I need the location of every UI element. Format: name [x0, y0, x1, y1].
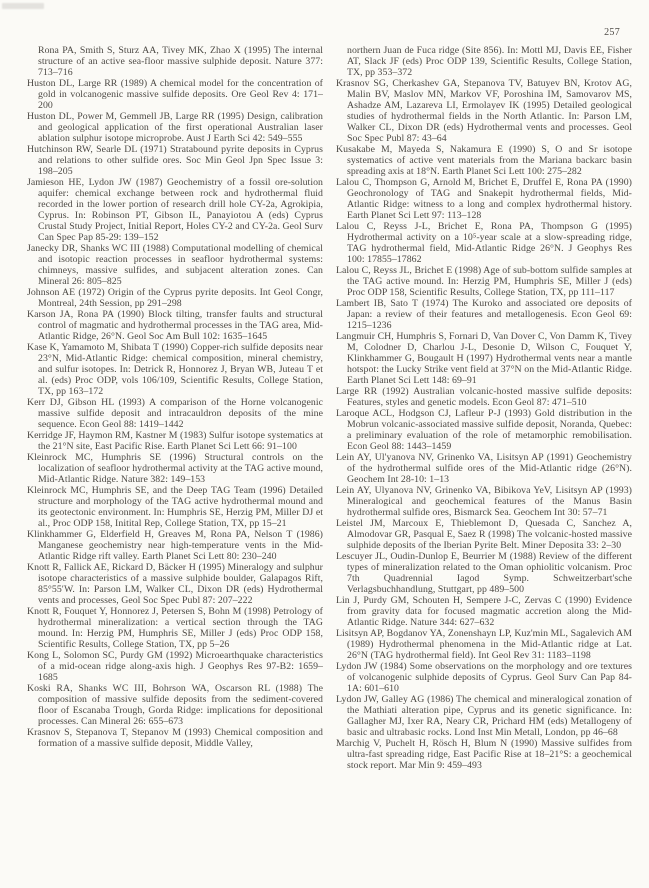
reference-entry: Koski RA, Shanks WC III, Bohrson WA, Osc…	[27, 683, 323, 727]
reference-entry: Lalou C, Reyss JL, Brichet E (1998) Age …	[336, 265, 632, 298]
reference-entry: northern Juan de Fuca ridge (Site 856). …	[336, 45, 632, 78]
reference-entry: Rona PA, Smith S, Sturz AA, Tivey MK, Zh…	[27, 45, 323, 78]
reference-entry: Huston DL, Large RR (1989) A chemical mo…	[27, 78, 323, 111]
reference-entry: Marchig V, Puchelt H, Rösch H, Blum N (1…	[336, 738, 632, 771]
reference-entry: Lydon JW, Galley AG (1986) The chemical …	[336, 694, 632, 738]
reference-entry: Kleinrock MC, Humphris SE (1996) Structu…	[27, 452, 323, 485]
reference-entry: Kerr DJ, Gibson HL (1993) A comparison o…	[27, 397, 323, 430]
reference-entry: Karson JA, Rona PA (1990) Block tilting,…	[27, 309, 323, 342]
references-section: Rona PA, Smith S, Sturz AA, Tivey MK, Zh…	[27, 45, 632, 771]
reference-entry: Kong L, Solomon SC, Purdy GM (1992) Micr…	[27, 650, 323, 683]
reference-entry: Lein AY, Ulyanova NV, Grinenko VA, Bibik…	[336, 485, 632, 518]
reference-entry: Kleinrock MC, Humphris SE, and the Deep …	[27, 485, 323, 529]
reference-entry: Krasnov S, Stepanova T, Stepanov M (1993…	[27, 727, 323, 749]
reference-entry: Lalou C, Thompson G, Arnold M, Brichet E…	[336, 177, 632, 221]
reference-entry: Klinkhammer G, Elderfield H, Greaves M, …	[27, 529, 323, 562]
reference-entry: Kusakabe M, Mayeda S, Nakamura E (1990) …	[336, 144, 632, 177]
references-right-column: northern Juan de Fuca ridge (Site 856). …	[336, 45, 632, 771]
scanned-paper-page: 257 Rona PA, Smith S, Sturz AA, Tivey MK…	[0, 0, 649, 888]
reference-entry: Hutchinson RW, Searle DL (1971) Stratabo…	[27, 144, 323, 177]
scan-artifact	[2, 3, 44, 9]
reference-entry: Lalou C, Reyss J-L, Brichet E, Rona PA, …	[336, 221, 632, 265]
reference-entry: Leistel JM, Marcoux E, Thieblemont D, Qu…	[336, 518, 632, 551]
reference-entry: Langmuir CH, Humphris S, Fornari D, Van …	[336, 331, 632, 386]
reference-entry: Lydon JW (1984) Some observations on the…	[336, 661, 632, 694]
reference-entry: Lescuyer JL, Oudin-Dunlop E, Beurrier M …	[336, 551, 632, 595]
reference-entry: Lambert IB, Sato T (1974) The Kuroko and…	[336, 298, 632, 331]
references-left-column: Rona PA, Smith S, Sturz AA, Tivey MK, Zh…	[27, 45, 323, 771]
reference-entry: Lisitsyn AP, Bogdanov YA, Zonenshayn LP,…	[336, 628, 632, 661]
reference-entry: Johnson AE (1972) Origin of the Cyprus p…	[27, 287, 323, 309]
reference-entry: Large RR (1992) Australian volcanic-host…	[336, 386, 632, 408]
reference-entry: Lin J, Purdy GM, Schouten H, Sempere J-C…	[336, 595, 632, 628]
reference-entry: Huston DL, Power M, Gemmell JB, Large RR…	[27, 111, 323, 144]
reference-entry: Kerridge JF, Haymon RM, Kastner M (1983)…	[27, 430, 323, 452]
reference-entry: Knott R, Fallick AE, Rickard D, Bäcker H…	[27, 562, 323, 606]
reference-entry: Krasnov SG, Cherkashev GA, Stepanova TV,…	[336, 78, 632, 144]
reference-entry: Lein AY, Ul'yanova NV, Grinenko VA, Lisi…	[336, 452, 632, 485]
reference-entry: Janecky DR, Shanks WC III (1988) Computa…	[27, 243, 323, 287]
page-number: 257	[27, 26, 632, 39]
reference-entry: Jamieson HE, Lydon JW (1987) Geochemistr…	[27, 177, 323, 243]
reference-entry: Laroque ACL, Hodgson CJ, Lafleur P-J (19…	[336, 408, 632, 452]
reference-entry: Kase K, Yamamoto M, Shibata T (1990) Cop…	[27, 342, 323, 397]
reference-entry: Knott R, Fouquet Y, Honnorez J, Petersen…	[27, 606, 323, 650]
